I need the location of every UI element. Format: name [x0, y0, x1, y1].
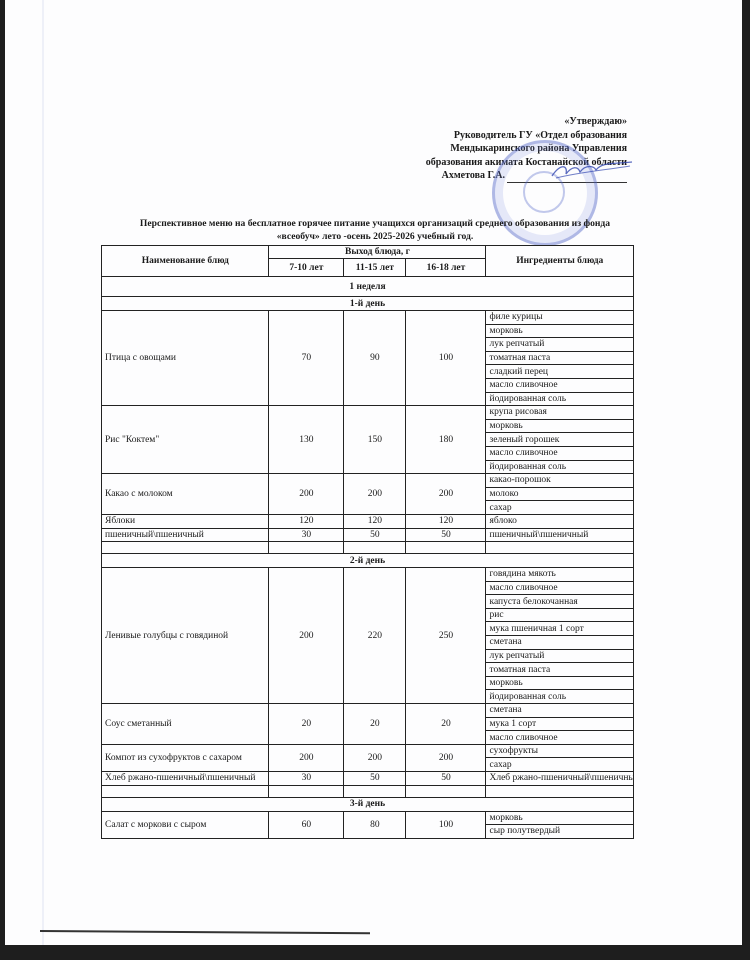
header-ingredients: Ингредиенты блюда	[486, 246, 634, 277]
dish-name: Компот из сухофруктов с сахаром	[102, 744, 269, 771]
ingredient: крупа рисовая	[486, 406, 634, 420]
scan-artifact-line	[40, 930, 370, 934]
dish-output-value: 20	[406, 704, 486, 745]
ingredient: томатная паста	[486, 663, 634, 677]
dish-output-value: 30	[269, 772, 344, 786]
ingredient: томатная паста	[486, 351, 634, 365]
dish-output-value: 100	[406, 811, 486, 838]
table-row: Соус сметанный202020сметана	[102, 704, 634, 718]
empty-cell	[269, 542, 344, 554]
ingredient: капуста белокочанная	[486, 595, 634, 609]
empty-cell	[486, 785, 634, 797]
dish-name: Салат с моркови с сыром	[102, 811, 269, 838]
dish-output-value: 30	[269, 528, 344, 542]
table-row: Хлеб ржано-пшеничный\пшеничный305050Хлеб…	[102, 772, 634, 786]
dish-output-value: 220	[344, 568, 406, 704]
menu-table: Наименование блюд Выход блюда, г Ингреди…	[101, 245, 634, 839]
ingredient: йодированная соль	[486, 690, 634, 704]
dish-output-value: 120	[269, 514, 344, 528]
dish-output-value: 120	[406, 514, 486, 528]
approval-line: Мендыкаринского района Управления	[426, 142, 627, 156]
ingredient: масло сливочное	[486, 378, 634, 392]
dish-name: Птица с овощами	[102, 311, 269, 406]
dish-output-value: 20	[269, 704, 344, 745]
approval-signer: Ахметова Г.А.	[442, 170, 505, 181]
dish-output-value: 250	[406, 568, 486, 704]
approval-line: Руководитель ГУ «Отдел образования	[426, 129, 627, 143]
approval-heading: «Утверждаю»	[426, 115, 627, 129]
table-row: Какао с молоком200200200какао-порошок	[102, 474, 634, 488]
ingredient: морковь	[486, 419, 634, 433]
ingredient: лук репчатый	[486, 338, 634, 352]
dish-output-value: 200	[406, 744, 486, 771]
empty-row	[102, 542, 634, 554]
table-row: пшеничный\пшеничный305050пшеничный\пшени…	[102, 528, 634, 542]
ingredient: сметана	[486, 704, 634, 718]
ingredient: морковь	[486, 811, 634, 825]
title-line-2: «всеобуч» лето -осень 2025-2026 учебный …	[105, 230, 645, 243]
ingredient: мука пшеничная 1 сорт	[486, 622, 634, 636]
dish-output-value: 100	[406, 311, 486, 406]
ingredient: йодированная соль	[486, 392, 634, 406]
dish-name: Какао с молоком	[102, 474, 269, 515]
dish-output-value: 70	[269, 311, 344, 406]
ingredient: морковь	[486, 324, 634, 338]
ingredient: морковь	[486, 676, 634, 690]
header-age-16-18: 16-18 лет	[406, 259, 486, 277]
dish-output-value: 130	[269, 406, 344, 474]
approval-block: «Утверждаю» Руководитель ГУ «Отдел образ…	[426, 115, 627, 183]
dish-output-value: 200	[269, 744, 344, 771]
ingredient: сахар	[486, 501, 634, 515]
menu-table-body: 1 неделя 1-й деньПтица с овощами7090100ф…	[102, 277, 634, 839]
ingredient: лук репчатый	[486, 649, 634, 663]
dish-output-value: 200	[344, 474, 406, 515]
header-age-11-15: 11-15 лет	[344, 259, 406, 277]
dish-output-value: 200	[269, 568, 344, 704]
empty-cell	[102, 542, 269, 554]
dish-name: пшеничный\пшеничный	[102, 528, 269, 542]
dish-output-value: 200	[344, 744, 406, 771]
dish-output-value: 120	[344, 514, 406, 528]
page-edge	[42, 0, 44, 945]
empty-cell	[406, 785, 486, 797]
empty-cell	[269, 785, 344, 797]
header-age-7-10: 7-10 лет	[269, 259, 344, 277]
approval-line: образования акимата Костанайской области	[426, 156, 627, 170]
document-title: Перспективное меню на бесплатное горячее…	[105, 217, 645, 243]
day-label: 2-й день	[102, 554, 634, 568]
ingredient: пшеничный\пшеничный	[486, 528, 634, 542]
ingredient: масло сливочное	[486, 581, 634, 595]
table-row: Компот из сухофруктов с сахаром200200200…	[102, 744, 634, 758]
ingredient: сахар	[486, 758, 634, 772]
dish-name: Рис "Коктем"	[102, 406, 269, 474]
dish-name: Яблоки	[102, 514, 269, 528]
ingredient: сладкий перец	[486, 365, 634, 379]
ingredient: зеленый горошек	[486, 433, 634, 447]
ingredient: филе курицы	[486, 311, 634, 325]
dish-output-value: 20	[344, 704, 406, 745]
header-output: Выход блюда, г	[269, 246, 486, 259]
table-row: Рис "Коктем"130150180 крупа рисовая	[102, 406, 634, 420]
dish-output-value: 90	[344, 311, 406, 406]
dish-output-value: 200	[406, 474, 486, 515]
ingredient: Хлеб ржано-пшеничный\пшеничный	[486, 772, 634, 786]
empty-cell	[344, 542, 406, 554]
dish-output-value: 200	[269, 474, 344, 515]
dish-output-value: 50	[344, 528, 406, 542]
dish-output-value: 150	[344, 406, 406, 474]
empty-cell	[102, 785, 269, 797]
week-label: 1 неделя	[102, 277, 634, 297]
day-label: 3-й день	[102, 797, 634, 811]
ingredient: рис	[486, 608, 634, 622]
table-row: Яблоки120120120яблоко	[102, 514, 634, 528]
dish-output-value: 80	[344, 811, 406, 838]
document-page: «Утверждаю» Руководитель ГУ «Отдел образ…	[5, 0, 742, 945]
ingredient: яблоко	[486, 514, 634, 528]
ingredient: масло сливочное	[486, 731, 634, 745]
dish-name: Ленивые голубцы с говядиной	[102, 568, 269, 704]
dish-output-value: 50	[406, 528, 486, 542]
dish-output-value: 50	[344, 772, 406, 786]
ingredient: мука 1 сорт	[486, 717, 634, 731]
ingredient: молоко	[486, 487, 634, 501]
dish-output-value: 180	[406, 406, 486, 474]
day-label: 1-й день	[102, 297, 634, 311]
table-row: Птица с овощами7090100филе курицы	[102, 311, 634, 325]
ingredient: йодированная соль	[486, 460, 634, 474]
empty-cell	[486, 542, 634, 554]
header-dish-name: Наименование блюд	[102, 246, 269, 277]
approval-signer-row: Ахметова Г.А.	[426, 169, 627, 183]
ingredient: сыр полутвердый	[486, 825, 634, 839]
empty-cell	[406, 542, 486, 554]
table-row: Ленивые голубцы с говядиной200220250говя…	[102, 568, 634, 582]
signature-line	[507, 182, 627, 183]
dish-output-value: 60	[269, 811, 344, 838]
ingredient: говядина мякоть	[486, 568, 634, 582]
empty-row	[102, 785, 634, 797]
dish-name: Хлеб ржано-пшеничный\пшеничный	[102, 772, 269, 786]
ingredient: масло сливочное	[486, 446, 634, 460]
ingredient: сметана	[486, 636, 634, 650]
dish-name: Соус сметанный	[102, 704, 269, 745]
empty-cell	[344, 785, 406, 797]
title-line-1: Перспективное меню на бесплатное горячее…	[105, 217, 645, 230]
ingredient: сухофрукты	[486, 744, 634, 758]
dish-output-value: 50	[406, 772, 486, 786]
table-row: Салат с моркови с сыром6080100морковь	[102, 811, 634, 825]
ingredient: какао-порошок	[486, 474, 634, 488]
